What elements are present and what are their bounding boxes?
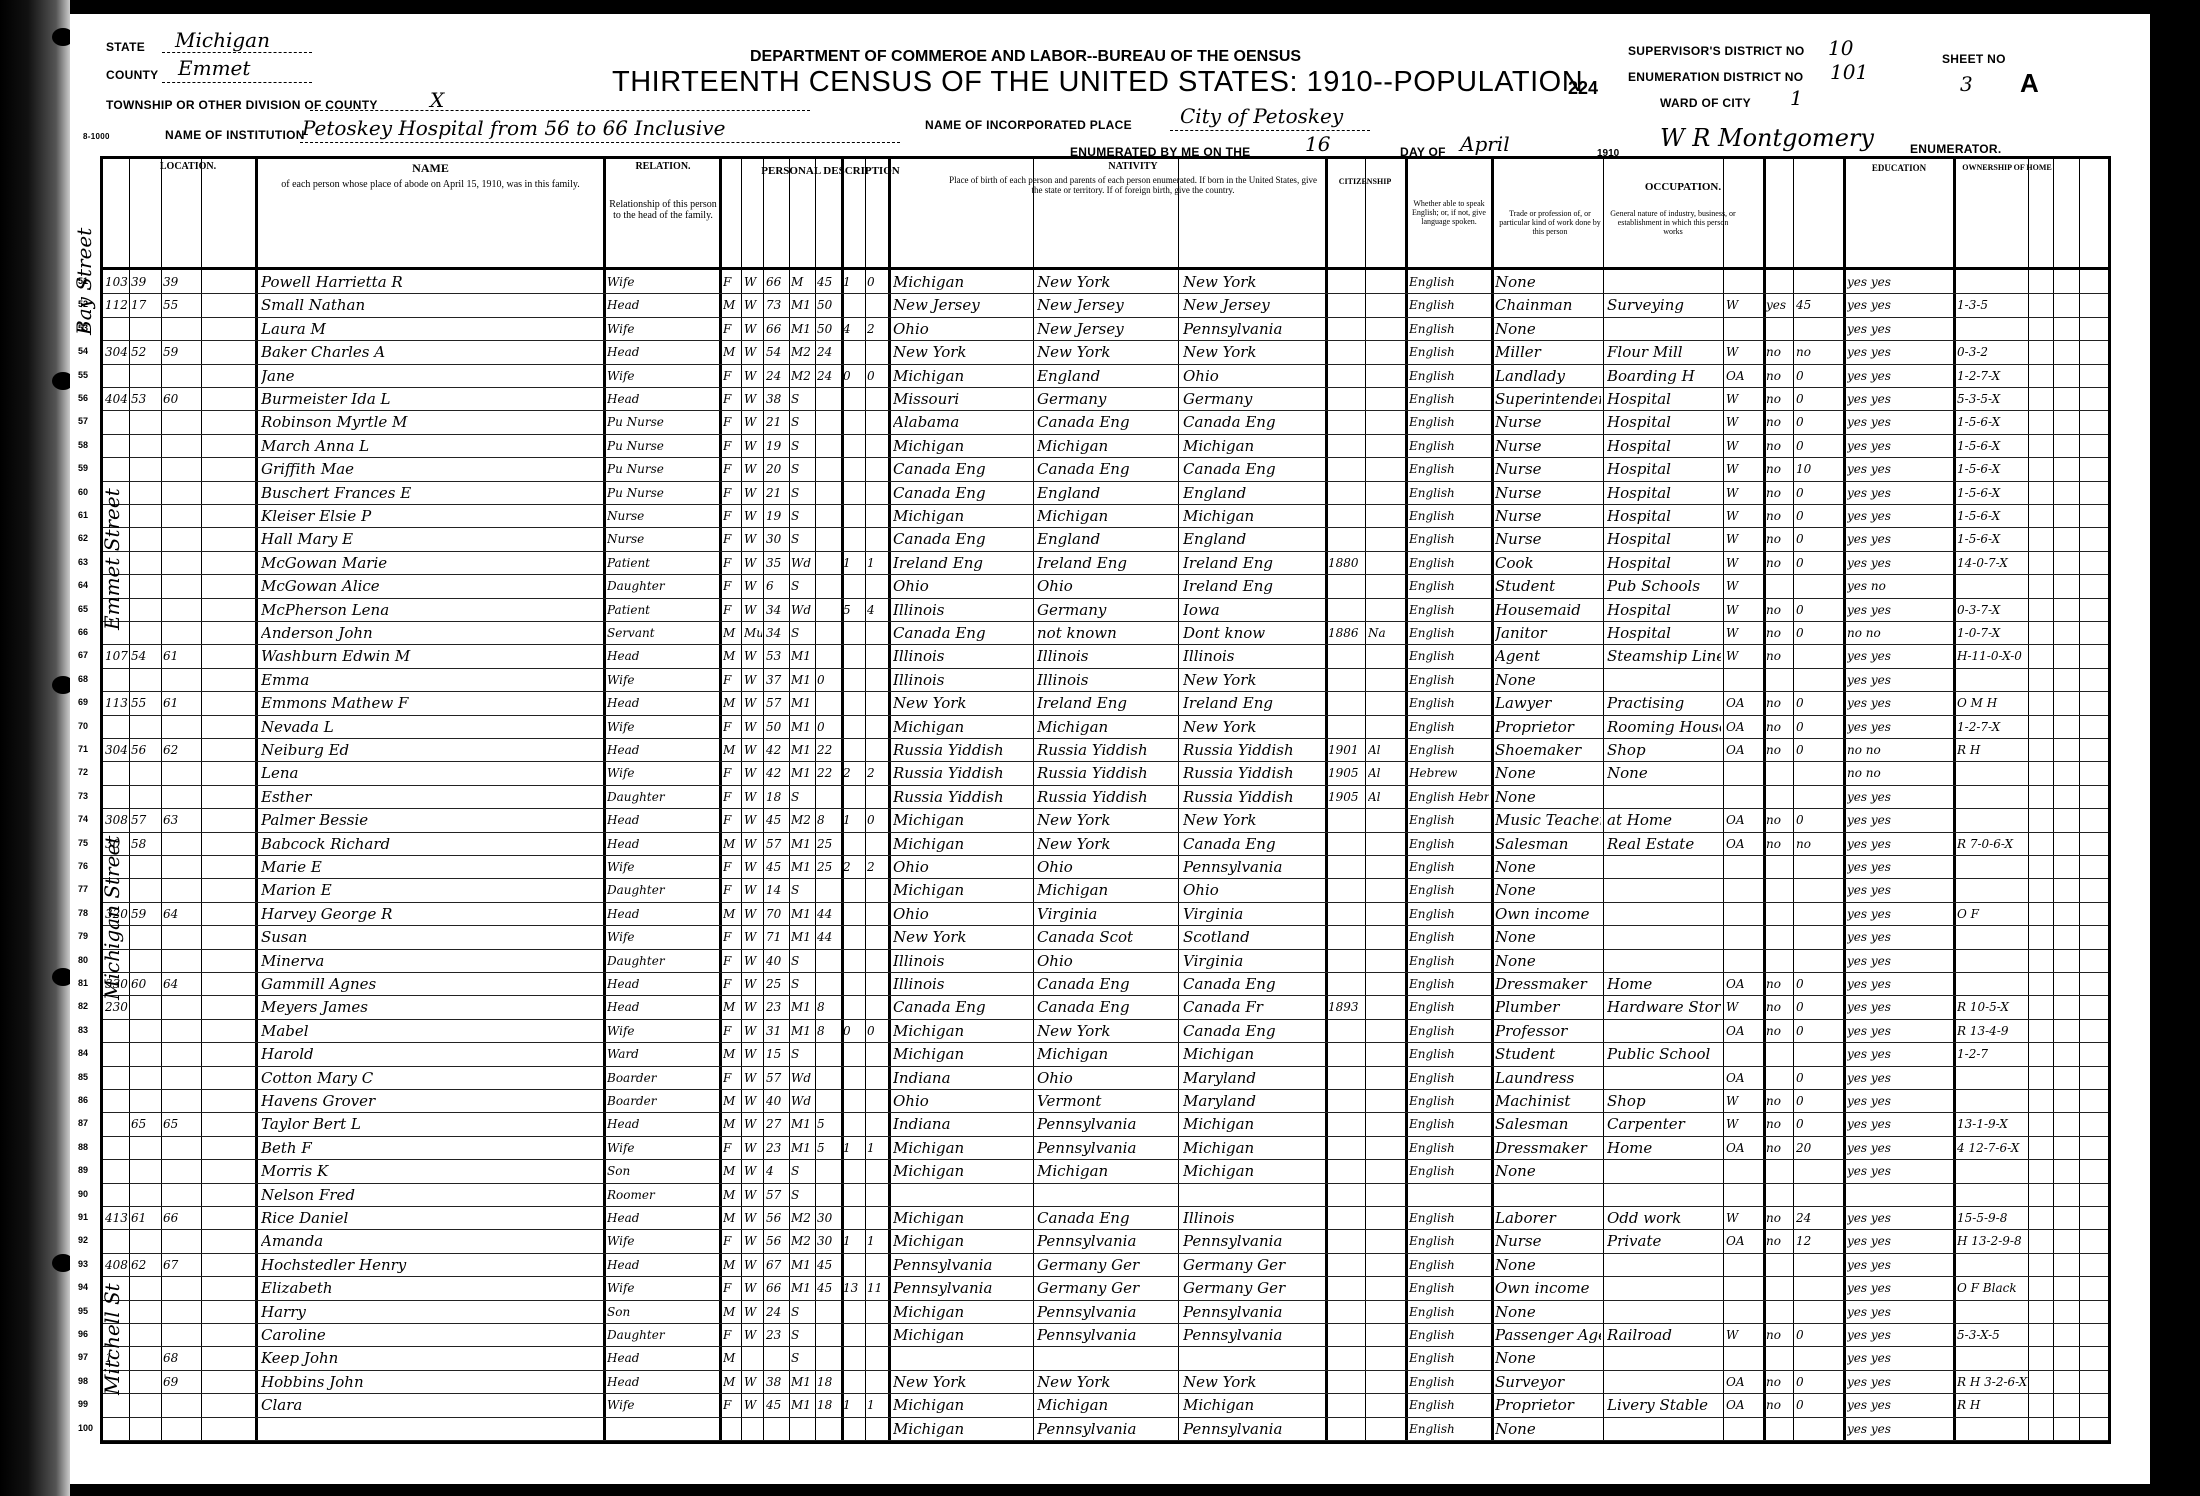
- cell-sex: M: [723, 293, 741, 316]
- cell-living: 1: [867, 1393, 887, 1416]
- cell-birth-self: Canada Eng: [893, 457, 1031, 480]
- cell-immig: [1328, 1417, 1364, 1440]
- enumerator-label: ENUMERATOR.: [1910, 142, 2002, 156]
- cell-relation: Head: [607, 902, 717, 925]
- cell-trade: None: [1495, 855, 1601, 878]
- cell-codes: 1-0-7-X: [1957, 621, 2107, 644]
- cell-read-write: yes yes: [1847, 1089, 1951, 1112]
- cell-birth-self: [893, 1183, 1031, 1206]
- cell-trade: Janitor: [1495, 621, 1601, 644]
- cell-codes: [1957, 317, 2107, 340]
- cell-relation: Wife: [607, 1229, 717, 1252]
- cell-emp: OA: [1726, 1019, 1762, 1042]
- cell-birth-mother: Michigan: [1183, 1159, 1323, 1182]
- cell-industry: [1607, 1346, 1721, 1369]
- cell-trade: Own income: [1495, 1276, 1601, 1299]
- cell-sex: F: [723, 527, 741, 550]
- cell-dwelling: 60: [131, 972, 161, 995]
- cell-read-write: yes yes: [1847, 504, 1951, 527]
- cell-codes: 1-2-7-X: [1957, 364, 2107, 387]
- cell-born: [843, 340, 863, 363]
- cell-out-work: no: [1766, 1112, 1792, 1135]
- cell-age: 66: [766, 1276, 788, 1299]
- cell-codes: 0-3-7-X: [1957, 598, 2107, 621]
- cell-born: 0: [843, 364, 863, 387]
- cell-birth-mother: Illinois: [1183, 644, 1323, 667]
- cell-name: Taylor Bert L: [261, 1112, 601, 1135]
- cell-relation: Head: [607, 293, 717, 316]
- cell-street: [105, 1183, 129, 1206]
- cell-years-married: [817, 691, 841, 714]
- cell-weeks: 12: [1796, 1229, 1842, 1252]
- cell-out-work: no: [1766, 972, 1792, 995]
- cell-relation: Patient: [607, 551, 717, 574]
- cell-relation: Head: [607, 340, 717, 363]
- cell-relation: Patient: [607, 598, 717, 621]
- cell-name: McGowan Alice: [261, 574, 601, 597]
- cell-name: Cotton Mary C: [261, 1066, 601, 1089]
- table-row: 59Griffith MaePu NurseFW20SCanada EngCan…: [103, 457, 2108, 481]
- cell-immig: [1328, 340, 1364, 363]
- cell-dwelling: 55: [131, 691, 161, 714]
- cell-read-write: yes yes: [1847, 1346, 1951, 1369]
- cell-birth-mother: Germany Ger: [1183, 1276, 1323, 1299]
- cell-family: [163, 1159, 201, 1182]
- cell-immig: [1328, 457, 1364, 480]
- cell-emp: [1726, 1300, 1762, 1323]
- cell-language: English: [1409, 574, 1489, 597]
- cell-relation: Head: [607, 387, 717, 410]
- cell-immig: [1328, 1323, 1364, 1346]
- cell-birth-father: Pennsylvania: [1037, 1229, 1175, 1252]
- cell-codes: R 7-0-6-X: [1957, 832, 2107, 855]
- cell-birth-father: Michigan: [1037, 1159, 1175, 1182]
- cell-marital: M1: [791, 1393, 815, 1416]
- cell-living: [867, 1253, 887, 1276]
- cell-language: English: [1409, 1300, 1489, 1323]
- cell-trade: Passenger Agent: [1495, 1323, 1601, 1346]
- cell-codes: 13-1-9-X: [1957, 1112, 2107, 1135]
- table-row: 61Kleiser Elsie PNurseFW19SMichiganMichi…: [103, 504, 2108, 528]
- cell-sex: F: [723, 574, 741, 597]
- cell-family: 55: [163, 293, 201, 316]
- cell-immig: 1886: [1328, 621, 1364, 644]
- cell-relation: Pu Nurse: [607, 410, 717, 433]
- cell-family: [163, 504, 201, 527]
- census-table: LOCATION. NAME of each person whose plac…: [100, 156, 2111, 1444]
- cell-birth-father: Canada Eng: [1037, 1206, 1175, 1229]
- cell-marital: M1: [791, 738, 815, 761]
- cell-weeks: [1796, 1159, 1842, 1182]
- col-nativity-desc: Place of birth of each person and parent…: [943, 175, 1323, 195]
- cell-read-write: no no: [1847, 621, 1951, 644]
- cell-immig: [1328, 878, 1364, 901]
- cell-dwelling: [131, 1042, 161, 1065]
- cell-marital: M1: [791, 1370, 815, 1393]
- cell-birth-self: Michigan: [893, 832, 1031, 855]
- cell-trade: Agent: [1495, 644, 1601, 667]
- cell-street: [105, 364, 129, 387]
- cell-trade: None: [1495, 1159, 1601, 1182]
- cell-out-work: no: [1766, 504, 1792, 527]
- cell-born: [843, 1300, 863, 1323]
- cell-dwelling: [131, 504, 161, 527]
- table-row: 543045259Baker Charles AHeadMW54M224New …: [103, 340, 2108, 364]
- cell-natz: [1368, 1323, 1404, 1346]
- cell-name: Hobbins John: [261, 1370, 601, 1393]
- cell-read-write: yes yes: [1847, 1323, 1951, 1346]
- cell-years-married: [817, 551, 841, 574]
- cell-born: [843, 621, 863, 644]
- cell-age: 45: [766, 855, 788, 878]
- cell-trade: Salesman: [1495, 832, 1601, 855]
- enumeration-district-value: 101: [1830, 60, 1868, 84]
- cell-birth-self: Indiana: [893, 1112, 1031, 1135]
- state-value: Michigan: [175, 28, 270, 52]
- cell-years-married: [817, 785, 841, 808]
- cell-immig: [1328, 1019, 1364, 1042]
- cell-family: [163, 551, 201, 574]
- cell-age: 66: [766, 270, 788, 293]
- cell-relation: Boarder: [607, 1089, 717, 1112]
- cell-weeks: 0: [1796, 481, 1842, 504]
- cell-dwelling: [131, 1066, 161, 1089]
- cell-living: [867, 715, 887, 738]
- cell-read-write: yes yes: [1847, 481, 1951, 504]
- cell-relation: Wife: [607, 1276, 717, 1299]
- cell-street: [105, 715, 129, 738]
- cell-emp: OA: [1726, 832, 1762, 855]
- cell-marital: Wd: [791, 598, 815, 621]
- cell-natz: [1368, 457, 1404, 480]
- cell-read-write: yes yes: [1847, 457, 1951, 480]
- cell-read-write: yes yes: [1847, 902, 1951, 925]
- line-number: 64: [78, 580, 88, 590]
- cell-race: W: [744, 1370, 762, 1393]
- cell-out-work: [1766, 1276, 1792, 1299]
- cell-read-write: yes yes: [1847, 364, 1951, 387]
- cell-natz: Na: [1368, 621, 1404, 644]
- cell-living: [867, 832, 887, 855]
- cell-age: 57: [766, 1066, 788, 1089]
- cell-living: 0: [867, 808, 887, 831]
- cell-family: 61: [163, 644, 201, 667]
- table-header: LOCATION. NAME of each person whose plac…: [103, 159, 2108, 270]
- cell-age: 18: [766, 785, 788, 808]
- col-name-desc: of each person whose place of abode on A…: [263, 179, 598, 190]
- cell-family: [163, 715, 201, 738]
- cell-age: 57: [766, 691, 788, 714]
- cell-dwelling: 59: [131, 902, 161, 925]
- cell-trade: Student: [1495, 1042, 1601, 1065]
- cell-dwelling: [131, 715, 161, 738]
- cell-race: W: [744, 410, 762, 433]
- cell-sex: M: [723, 1206, 741, 1229]
- cell-street: 304: [105, 340, 129, 363]
- cell-immig: [1328, 832, 1364, 855]
- cell-out-work: no: [1766, 457, 1792, 480]
- col-occupation: OCCUPATION.: [1493, 181, 1873, 193]
- cell-born: [843, 715, 863, 738]
- cell-codes: H 13-2-9-8: [1957, 1229, 2107, 1252]
- cell-immig: [1328, 949, 1364, 972]
- cell-birth-father: England: [1037, 527, 1175, 550]
- cell-emp: OA: [1726, 364, 1762, 387]
- cell-marital: M1: [791, 691, 815, 714]
- cell-trade: Shoemaker: [1495, 738, 1601, 761]
- cell-read-write: yes yes: [1847, 293, 1951, 316]
- cell-language: English: [1409, 1112, 1489, 1135]
- table-row: 55JaneWifeFW24M22400MichiganEnglandOhioE…: [103, 364, 2108, 388]
- cell-trade: Laborer: [1495, 1206, 1601, 1229]
- cell-codes: [1957, 1253, 2107, 1276]
- cell-trade: Laundress: [1495, 1066, 1601, 1089]
- institution-value: Petoskey Hospital from 56 to 66 Inclusiv…: [302, 116, 725, 140]
- cell-language: English: [1409, 1089, 1489, 1112]
- cell-family: [163, 1229, 201, 1252]
- cell-living: [867, 1042, 887, 1065]
- cell-born: [843, 832, 863, 855]
- cell-language: English: [1409, 1019, 1489, 1042]
- cell-family: [163, 855, 201, 878]
- cell-family: [163, 668, 201, 691]
- cell-read-write: yes yes: [1847, 1066, 1951, 1089]
- cell-natz: [1368, 317, 1404, 340]
- cell-age: 53: [766, 644, 788, 667]
- cell-out-work: no: [1766, 527, 1792, 550]
- cell-sex: M: [723, 1183, 741, 1206]
- cell-marital: Wd: [791, 551, 815, 574]
- cell-name: Nevada L: [261, 715, 601, 738]
- cell-family: [163, 364, 201, 387]
- line-number: 60: [78, 487, 88, 497]
- cell-trade: Nurse: [1495, 1229, 1601, 1252]
- cell-years-married: [817, 387, 841, 410]
- cell-name: Griffith Mae: [261, 457, 601, 480]
- cell-living: [867, 691, 887, 714]
- cell-out-work: no: [1766, 387, 1792, 410]
- cell-industry: None: [1607, 761, 1721, 784]
- cell-language: English: [1409, 925, 1489, 948]
- cell-dwelling: [131, 1276, 161, 1299]
- sheet-label: SHEET NO: [1942, 52, 2006, 66]
- cell-immig: [1328, 1183, 1364, 1206]
- cell-birth-mother: Canada Eng: [1183, 410, 1323, 433]
- cell-language: English: [1409, 832, 1489, 855]
- cell-weeks: no: [1796, 340, 1842, 363]
- cell-natz: [1368, 832, 1404, 855]
- cell-birth-mother: Virginia: [1183, 949, 1323, 972]
- cell-language: English: [1409, 1417, 1489, 1440]
- cell-out-work: no: [1766, 434, 1792, 457]
- cell-birth-self: Michigan: [893, 1229, 1031, 1252]
- table-row: 95HarrySonMW24SMichiganPennsylvaniaPenns…: [103, 1300, 2108, 1324]
- state-label: STATE: [106, 40, 145, 54]
- cell-birth-self: Michigan: [893, 1323, 1031, 1346]
- cell-weeks: 0: [1796, 1019, 1842, 1042]
- cell-read-write: yes yes: [1847, 925, 1951, 948]
- cell-language: English: [1409, 1276, 1489, 1299]
- cell-emp: [1726, 785, 1762, 808]
- cell-relation: Head: [607, 644, 717, 667]
- cell-born: 1: [843, 270, 863, 293]
- cell-immig: [1328, 808, 1364, 831]
- cell-language: English: [1409, 364, 1489, 387]
- cell-codes: [1957, 855, 2107, 878]
- cell-natz: [1368, 1089, 1404, 1112]
- cell-trade: None: [1495, 668, 1601, 691]
- cell-birth-mother: Ohio: [1183, 878, 1323, 901]
- cell-weeks: [1796, 574, 1842, 597]
- cell-years-married: 45: [817, 1276, 841, 1299]
- census-title: THIRTEENTH CENSUS OF THE UNITED STATES: …: [612, 66, 1583, 99]
- cell-dwelling: [131, 598, 161, 621]
- cell-natz: [1368, 644, 1404, 667]
- ward-value: 1: [1790, 86, 1803, 110]
- line-number: 70: [78, 721, 88, 731]
- cell-industry: Home: [1607, 1136, 1721, 1159]
- cell-industry: [1607, 668, 1721, 691]
- cell-birth-self: Michigan: [893, 270, 1031, 293]
- line-number: 74: [78, 814, 88, 824]
- cell-living: [867, 738, 887, 761]
- cell-sex: M: [723, 644, 741, 667]
- cell-industry: Practising: [1607, 691, 1721, 714]
- cell-out-work: [1766, 855, 1792, 878]
- cell-name: Neiburg Ed: [261, 738, 601, 761]
- cell-sex: F: [723, 364, 741, 387]
- cell-industry: [1607, 949, 1721, 972]
- cell-birth-father: New York: [1037, 1370, 1175, 1393]
- cell-natz: [1368, 1253, 1404, 1276]
- incorporated-place-label: NAME OF INCORPORATED PLACE: [925, 118, 1132, 132]
- cell-race: W: [744, 644, 762, 667]
- cell-family: [163, 1042, 201, 1065]
- cell-marital: S: [791, 481, 815, 504]
- cell-race: W: [744, 364, 762, 387]
- cell-industry: at Home: [1607, 808, 1721, 831]
- cell-birth-self: Michigan: [893, 1300, 1031, 1323]
- cell-age: 23: [766, 995, 788, 1018]
- cell-race: W: [744, 691, 762, 714]
- cell-age: 15: [766, 1042, 788, 1065]
- cell-living: [867, 995, 887, 1018]
- enumeration-district-label: ENUMERATION DISTRICT NO: [1628, 70, 1803, 84]
- cell-natz: [1368, 1159, 1404, 1182]
- cell-weeks: 0: [1796, 995, 1842, 1018]
- line-number: 66: [78, 627, 88, 637]
- cell-age: [766, 1346, 788, 1369]
- cell-family: [163, 410, 201, 433]
- cell-years-married: [817, 527, 841, 550]
- cell-sex: [723, 1417, 741, 1440]
- cell-codes: [1957, 270, 2107, 293]
- line-number: 98: [78, 1376, 88, 1386]
- cell-birth-father: Ireland Eng: [1037, 551, 1175, 574]
- cell-dwelling: [131, 317, 161, 340]
- cell-read-write: yes yes: [1847, 1206, 1951, 1229]
- cell-family: [163, 574, 201, 597]
- cell-years-married: [817, 1346, 841, 1369]
- cell-years-married: [817, 644, 841, 667]
- cell-natz: [1368, 972, 1404, 995]
- cell-street: [105, 1066, 129, 1089]
- cell-sex: F: [723, 808, 741, 831]
- cell-relation: Head: [607, 691, 717, 714]
- cell-dwelling: 57: [131, 808, 161, 831]
- cell-born: [843, 1183, 863, 1206]
- cell-birth-father: Virginia: [1037, 902, 1175, 925]
- cell-weeks: [1796, 317, 1842, 340]
- margin-street-note: Emmet Street: [100, 488, 124, 630]
- cell-family: 64: [163, 902, 201, 925]
- cell-birth-father: Canada Scot: [1037, 925, 1175, 948]
- table-row: 743085763Palmer BessieHeadFW45M2810Michi…: [103, 808, 2108, 832]
- cell-trade: Proprietor: [1495, 1393, 1601, 1416]
- cell-birth-mother: New York: [1183, 668, 1323, 691]
- cell-marital: S: [791, 1346, 815, 1369]
- cell-born: [843, 527, 863, 550]
- cell-weeks: [1796, 644, 1842, 667]
- cell-living: 1: [867, 1229, 887, 1252]
- cell-natz: [1368, 808, 1404, 831]
- line-number: 81: [78, 978, 88, 988]
- cell-birth-mother: Russia Yiddish: [1183, 785, 1323, 808]
- cell-language: English: [1409, 527, 1489, 550]
- cell-natz: [1368, 925, 1404, 948]
- cell-industry: [1607, 1183, 1721, 1206]
- line-number: 89: [78, 1165, 88, 1175]
- cell-language: English: [1409, 644, 1489, 667]
- cell-living: [867, 387, 887, 410]
- cell-emp: [1726, 925, 1762, 948]
- cell-race: W: [744, 668, 762, 691]
- cell-years-married: 8: [817, 1019, 841, 1042]
- cell-codes: R H: [1957, 738, 2107, 761]
- cell-years-married: 30: [817, 1206, 841, 1229]
- table-row: 89Morris KSonMW4SMichiganMichiganMichiga…: [103, 1159, 2108, 1183]
- cell-trade: Nurse: [1495, 457, 1601, 480]
- cell-relation: Head: [607, 1370, 717, 1393]
- cell-codes: 1-5-6-X: [1957, 434, 2107, 457]
- cell-read-write: yes yes: [1847, 1393, 1951, 1416]
- cell-born: [843, 457, 863, 480]
- cell-codes: [1957, 925, 2107, 948]
- cell-name: Powell Harrietta R: [261, 270, 601, 293]
- cell-marital: M1: [791, 902, 815, 925]
- cell-name: Gammill Agnes: [261, 972, 601, 995]
- cell-family: 59: [163, 340, 201, 363]
- cell-codes: [1957, 574, 2107, 597]
- cell-natz: [1368, 1346, 1404, 1369]
- cell-birth-mother: Ohio: [1183, 364, 1323, 387]
- cell-birth-father: Canada Eng: [1037, 457, 1175, 480]
- cell-born: [843, 972, 863, 995]
- cell-industry: Flour Mill: [1607, 340, 1721, 363]
- cell-trade: Housemaid: [1495, 598, 1601, 621]
- cell-dwelling: [131, 1300, 161, 1323]
- table-row: 86Havens GroverBoarderMW40WdOhioVermontM…: [103, 1089, 2108, 1113]
- cell-sex: M: [723, 691, 741, 714]
- cell-years-married: 18: [817, 1393, 841, 1416]
- cell-born: 13: [843, 1276, 863, 1299]
- cell-dwelling: [131, 621, 161, 644]
- cell-birth-mother: Pennsylvania: [1183, 1229, 1323, 1252]
- cell-birth-self: Michigan: [893, 504, 1031, 527]
- cell-birth-mother: Iowa: [1183, 598, 1323, 621]
- cell-immig: [1328, 925, 1364, 948]
- cell-industry: [1607, 1066, 1721, 1089]
